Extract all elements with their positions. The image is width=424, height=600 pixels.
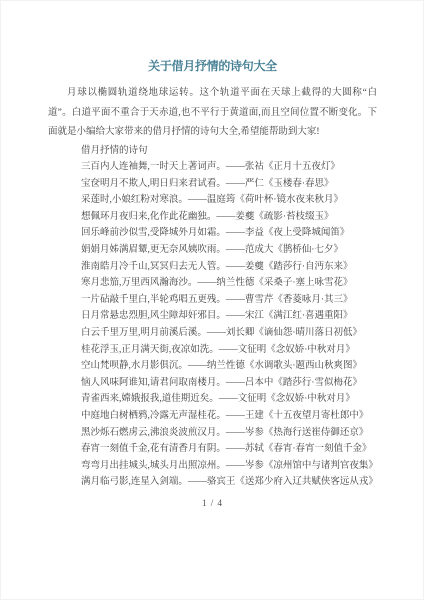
poem-line: 中庭地白树栖鸦,冷露无声湿桂花。——王建《十五夜望月寄杜郎中》 xyxy=(48,408,377,425)
poem-line: 白云千里万里,明月前溪后溪。——刘长卿《谪仙怨·晴川落日初低》 xyxy=(48,325,377,342)
poem-line: 想佩环月夜归来,化作此花幽独。——姜夔《疏影·苔枝缀玉》 xyxy=(48,209,377,226)
poem-line: 青雀西来,嫦娥报我,道佳期近矣。——文征明《念奴娇·中秋对月》 xyxy=(48,391,377,408)
poem-line: 采莲时,小娘红粉对寒浪。——温庭筠《荷叶杯·镜水夜来秋月》 xyxy=(48,192,377,209)
poem-line: 弯弯月出挂城头,城头月出照凉州。——岑参《凉州馆中与诸判官夜集》 xyxy=(48,458,377,475)
poem-line: 一片砧敲千里白,半轮鸡唱五更残。——曹雪芹《香菱咏月·其三》 xyxy=(48,292,377,309)
poem-line: 桂花浮玉,正月满天街,夜凉如洗。——文征明《念奴娇·中秋对月》 xyxy=(48,342,377,359)
poem-line: 三百内人连袖舞,一时天上著词声。——张祜《正月十五夜灯》 xyxy=(48,159,377,176)
poem-line: 黑沙烁石燃虏云,沸浪炎波煎汉月。——岑参《热海行送崔侍御还京》 xyxy=(48,425,377,442)
document-title: 关于借月抒情的诗句大全 xyxy=(48,59,377,74)
poem-line: 寒月悲笳,万里西风瀚海沙。——纳兰性德《采桑子·塞上咏雪花》 xyxy=(48,275,377,292)
poem-line: 回乐峰前沙似雪,受降城外月如霜。——李益《夜上受降城闻笛》 xyxy=(48,225,377,242)
page-number: 1 / 4 xyxy=(48,497,377,509)
poem-line: 满月临弓影,连星入剑端。——骆宾王《送郑少府入辽共赋侠客远从戎》 xyxy=(48,474,377,491)
poem-line: 春宵一刻值千金,花有清香月有阴。——苏轼《春宵·春宵一刻值千金》 xyxy=(48,441,377,458)
poem-line: 宝奁明月不欺人,明日归来君试看。——严仁《玉楼春·春思》 xyxy=(48,176,377,193)
poem-line: 空山梵呗静,水月影俱沉。——纳兰性德《水调歌头·题西山秋爽图》 xyxy=(48,358,377,375)
poem-list: 三百内人连袖舞,一时天上著词声。——张祜《正月十五夜灯》 宝奁明月不欺人,明日归… xyxy=(48,159,377,491)
poem-line: 淮南皓月冷千山,冥冥归去无人管。——姜夔《踏莎行·自沔东来》 xyxy=(48,259,377,276)
poem-line: 恼人风味阿谁知,请君问取南楼月。——吕本中《踏莎行·雪似梅花》 xyxy=(48,375,377,392)
poem-line: 娟娟月姊满眉颦,更无奈风姨吹雨。——范成大《鹊桥仙·七夕》 xyxy=(48,242,377,259)
poem-line: 日月常悬忠烈胆,风尘障却奸邪目。——宋江《满江红·喜遇重阳》 xyxy=(48,308,377,325)
section-heading: 借月抒情的诗句 xyxy=(48,143,377,160)
intro-paragraph: 月球以椭圆轨道绕地球运转。这个轨道平面在天球上截得的大圆称“白道”。白道平面不重… xyxy=(48,84,377,143)
document-page: 关于借月抒情的诗句大全 月球以椭圆轨道绕地球运转。这个轨道平面在天球上截得的大圆… xyxy=(0,0,424,600)
